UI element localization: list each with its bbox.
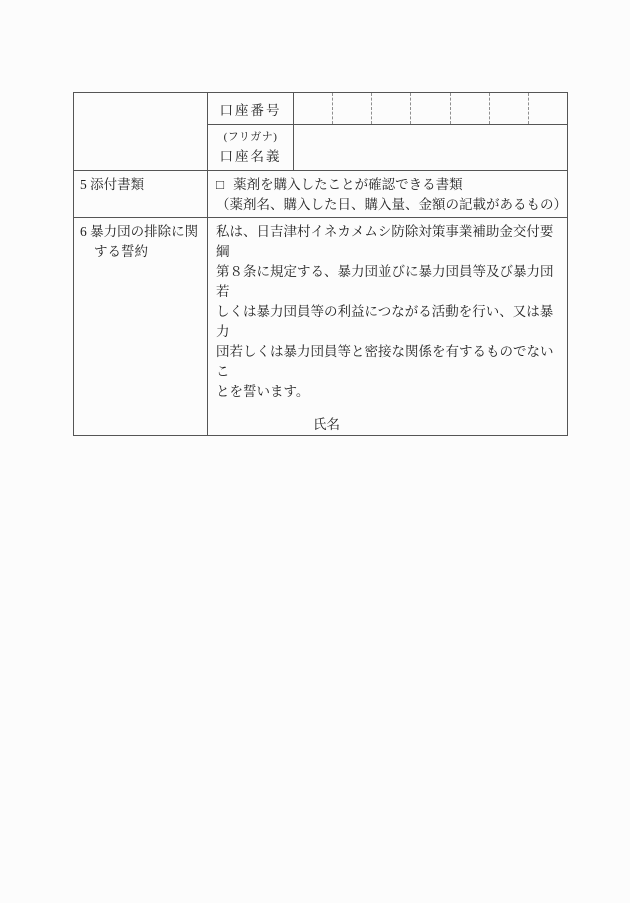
account-number-digit-row xyxy=(294,93,567,124)
checkbox-icon[interactable]: □ xyxy=(216,175,224,195)
pledge-row: 6 暴力団の排除に関 する誓約 私は、日吉津村イネカメムシ防除対策事業補助金交付… xyxy=(74,218,568,436)
attachments-row-label: 5 添付書類 xyxy=(74,171,208,218)
name-label: 氏名 xyxy=(313,417,340,432)
account-number-digit-cell-6[interactable] xyxy=(490,93,529,124)
left-label-cell-empty xyxy=(74,93,208,171)
account-number-digit-cell-2[interactable] xyxy=(333,93,372,124)
account-number-digit-cell-7[interactable] xyxy=(529,93,567,124)
account-number-row: 口座番号 xyxy=(74,93,568,125)
account-number-label: 口座番号 xyxy=(208,93,294,125)
account-number-field[interactable] xyxy=(294,93,568,125)
application-form-table: 口座番号 (フリガナ) 口座名義 xyxy=(73,92,568,436)
furigana-label: (フリガナ) xyxy=(208,128,293,146)
account-holder-field[interactable] xyxy=(294,125,568,171)
document-page: 口座番号 (フリガナ) 口座名義 xyxy=(0,0,630,903)
name-line: 氏名 xyxy=(216,415,565,435)
account-number-digit-cell-5[interactable] xyxy=(451,93,490,124)
account-number-digit-cell-1[interactable] xyxy=(294,93,333,124)
pledge-label-line2: する誓約 xyxy=(94,242,205,262)
name-input-area[interactable] xyxy=(340,415,490,429)
attachment-document-text: 薬剤を購入したことが確認できる書類 xyxy=(233,175,463,195)
account-number-digit-cell-4[interactable] xyxy=(411,93,450,124)
attachment-document-note: （薬剤名、購入した日、購入量、金額の記載があるもの） xyxy=(216,195,565,215)
attachments-row: 5 添付書類 □ 薬剤を購入したことが確認できる書類 （薬剤名、購入した日、購入… xyxy=(74,171,568,218)
pledge-content-cell: 私は、日吉津村イネカメムシ防除対策事業補助金交付要綱 第８条に規定する、暴力団並… xyxy=(208,218,568,436)
attachment-check-line: □ 薬剤を購入したことが確認できる書類 xyxy=(216,175,565,195)
account-holder-label-cell: (フリガナ) 口座名義 xyxy=(208,125,294,171)
attachments-content-cell: □ 薬剤を購入したことが確認できる書類 （薬剤名、購入した日、購入量、金額の記載… xyxy=(208,171,568,218)
pledge-text: 私は、日吉津村イネカメムシ防除対策事業補助金交付要綱 第８条に規定する、暴力団並… xyxy=(216,222,565,402)
account-number-digit-cell-3[interactable] xyxy=(372,93,411,124)
pledge-row-label: 6 暴力団の排除に関 する誓約 xyxy=(74,218,208,436)
pledge-label-line1: 6 暴力団の排除に関 xyxy=(80,222,205,242)
account-holder-label: 口座名義 xyxy=(208,146,293,167)
